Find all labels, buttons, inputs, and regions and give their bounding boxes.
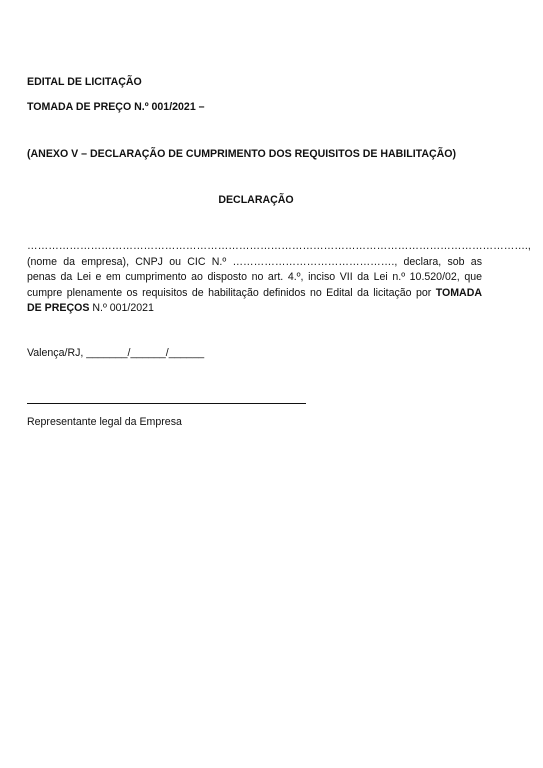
paragraph-row-5-text: N.º 001/2021 <box>89 302 154 314</box>
paragraph-row-3: penas da Lei e em cumprimento ao dispost… <box>27 270 482 286</box>
signature-line <box>27 403 306 404</box>
paragraph-row-2: (nome da empresa), CNPJ ou CIC N.º ……………… <box>27 255 482 271</box>
paragraph-row-4-bold: TOMADA <box>436 287 482 299</box>
date-line: Valença/RJ, _______/______/______ <box>27 347 204 360</box>
edital-heading: EDITAL DE LICITAÇÃO <box>27 76 142 89</box>
paragraph-row-4: cumpre plenamente os requisitos de habil… <box>27 286 482 302</box>
paragraph-row-4-text: cumpre plenamente os requisitos de habil… <box>27 287 431 299</box>
paragraph-row-5: DE PREÇOS N.º 001/2021 <box>27 301 482 317</box>
declaration-paragraph: …………………………………………………………………………………………………………… <box>27 239 482 317</box>
document-title: DECLARAÇÃO <box>0 194 512 207</box>
paragraph-row-1: …………………………………………………………………………………………………………… <box>27 239 482 255</box>
signature-label: Representante legal da Empresa <box>27 416 182 429</box>
anexo-heading: (ANEXO V – DECLARAÇÃO DE CUMPRIMENTO DOS… <box>27 148 456 161</box>
paragraph-row-5-bold: DE PREÇOS <box>27 302 89 314</box>
tomada-heading: TOMADA DE PREÇO N.º 001/2021 – <box>27 101 205 114</box>
